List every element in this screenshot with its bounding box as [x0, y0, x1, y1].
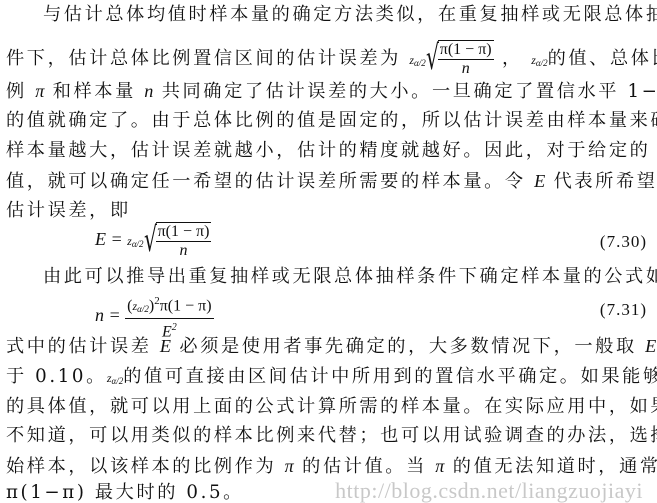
paragraph2: 由此可以推导出重复抽样或无限总体抽样条件下确定样本量的公式如下： [43, 266, 657, 288]
z-alpha-half: zα/2 [409, 53, 425, 67]
paragraph1-line1: 与估计总体均值时样本量的确定方法类似，在重复抽样或无限总体抽样条 [43, 4, 657, 26]
paragraph1-line7: 估计误差，即 [6, 200, 131, 222]
sqrt-formula: √π(1 − π)n [426, 40, 494, 78]
paragraph3-line1: 式中的估计误差 E 必须是使用者事先确定的，大多数情况下，一般取 E 的值小 [6, 335, 657, 358]
paragraph3-line2: 于 0.10。zα/2的值可直接由区间估计中所用到的置信水平确定。如果能够求出 … [6, 365, 657, 392]
equation-number-7-31: (7.31) [600, 300, 647, 320]
paragraph3-line3: 的具体值，就可以用上面的公式计算所需的样本量。在实际应用中，如果 π 的值 [6, 395, 657, 418]
paragraph1-line2: 件下，估计总体比例置信区间的估计误差为 zα/2√π(1 − π)n ， zα/… [6, 40, 657, 78]
watermark-url: http://blog.csdn.net/liangzuojiayi [335, 478, 643, 503]
equation-number-7-30: (7.30) [600, 232, 647, 252]
paragraph1-line5: 样本量越大，估计误差就越小，估计的精度就越好。因此，对于给定的 zα/2的 [6, 140, 657, 166]
text: 件下，估计总体比例置信区间的估计误差为 [6, 48, 401, 69]
radical-sign-icon: √ [426, 38, 441, 78]
equation-7-30: E = zα/2√π(1 − π)n [95, 222, 211, 260]
paragraph1-line3: 例 π 和样本量 n 共同确定了估计误差的大小。一旦确定了置信水平 1−α，zα… [6, 80, 657, 107]
radical-sign-icon: √ [144, 220, 157, 260]
paragraph1-line4: 的值就确定了。由于总体比例的值是固定的，所以估计误差由样本量来确定， [6, 110, 657, 132]
paragraph3-line4: 不知道，可以用类似的样本比例来代替；也可以用试验调查的办法，选择一个初 [6, 425, 657, 447]
z-alpha-half: zα/2 [531, 53, 547, 67]
paragraph3-line6: π(1−π) 最大时的 0.5。 [6, 482, 244, 503]
paragraph1-line6: 值，就可以确定任一希望的估计误差所需要的样本量。令 E 代表所希望达到的 [6, 170, 657, 193]
paragraph3-line5: 始样本，以该样本的比例作为 π 的估计值。当 π 的值无法知道时，通常取使 [6, 455, 657, 478]
